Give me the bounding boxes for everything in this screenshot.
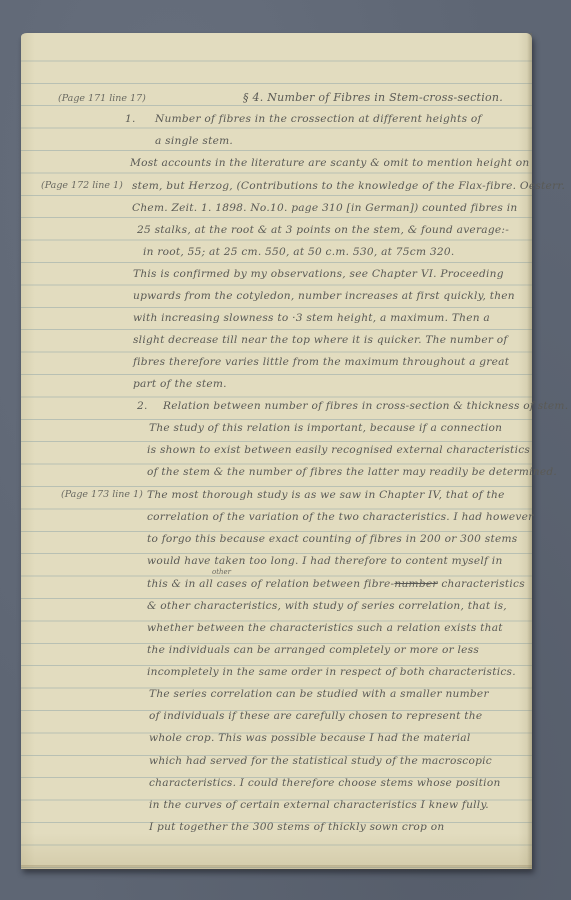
- text-line: stem, but Herzog, (Contributions to the …: [132, 179, 565, 193]
- text-line: to forgo this because exact counting of …: [147, 532, 517, 546]
- text-line: whether between the characteristics such…: [147, 621, 503, 635]
- text-line: & other characteristics, with study of s…: [147, 599, 507, 613]
- text-line: incompletely in the same order in respec…: [147, 665, 516, 679]
- text-line: I put together the 300 stems of thickly …: [149, 820, 444, 834]
- text-line: The study of this relation is important,…: [149, 421, 502, 435]
- text-line: the individuals can be arranged complete…: [147, 643, 479, 657]
- section-heading: § 4. Number of Fibres in Stem-cross-sect…: [243, 91, 503, 105]
- text-line: characteristics. I could therefore choos…: [149, 776, 501, 790]
- text-line: This is confirmed by my observations, se…: [133, 267, 504, 281]
- text-segment: this & in all cases of relation between …: [147, 578, 394, 590]
- text-line: upwards from the cotyledon, number incre…: [133, 289, 515, 303]
- subsection-2-number: 2.: [137, 399, 148, 413]
- subsection-2-title: Relation between number of fibres in cro…: [163, 399, 568, 413]
- torn-bottom-edge: [21, 865, 532, 871]
- text-segment: characteristics: [438, 578, 525, 590]
- subsection-1-title: Number of fibres in the crossection at d…: [155, 112, 482, 126]
- margin-note-page-173: (Page 173 line 1): [61, 488, 143, 502]
- text-line: whole crop. This was possible because I …: [149, 731, 470, 745]
- struck-word: number: [394, 578, 437, 590]
- text-line: is shown to exist between easily recogni…: [147, 443, 530, 457]
- margin-note-page-172: (Page 172 line 1): [41, 179, 123, 193]
- text-line: fibres therefore varies little from the …: [133, 355, 509, 369]
- text-line: would have taken too long. I had therefo…: [147, 554, 503, 568]
- subsection-1-title-cont: a single stem.: [155, 134, 233, 148]
- text-line: with increasing slowness to ·3 stem heig…: [133, 311, 490, 325]
- text-line: slight decrease till near the top where …: [133, 333, 508, 347]
- text-line: of the stem & the number of fibres the l…: [147, 465, 557, 479]
- margin-note-page-171: (Page 171 line 17): [58, 92, 146, 106]
- text-line: Most accounts in the literature are scan…: [130, 156, 529, 170]
- text-line: The most thorough study is as we saw in …: [147, 488, 505, 502]
- subsection-1-number: 1.: [125, 112, 136, 126]
- text-line: The series correlation can be studied wi…: [149, 687, 489, 701]
- text-line: correlation of the variation of the two …: [147, 510, 534, 524]
- text-line: in the curves of certain external charac…: [149, 798, 489, 812]
- text-line: which had served for the statistical stu…: [149, 754, 492, 768]
- text-line: in root, 55; at 25 cm. 550, at 50 c.m. 5…: [143, 245, 454, 259]
- text-line-with-correction: this & in all cases of relation between …: [147, 577, 525, 591]
- inserted-word: other: [212, 568, 231, 576]
- text-line: of individuals if these are carefully ch…: [149, 709, 482, 723]
- text-line: 25 stalks, at the root & at 3 points on …: [137, 223, 509, 237]
- text-line: part of the stem.: [133, 377, 227, 391]
- text-line: Chem. Zeit. 1. 1898. No.10. page 310 [in…: [132, 201, 517, 215]
